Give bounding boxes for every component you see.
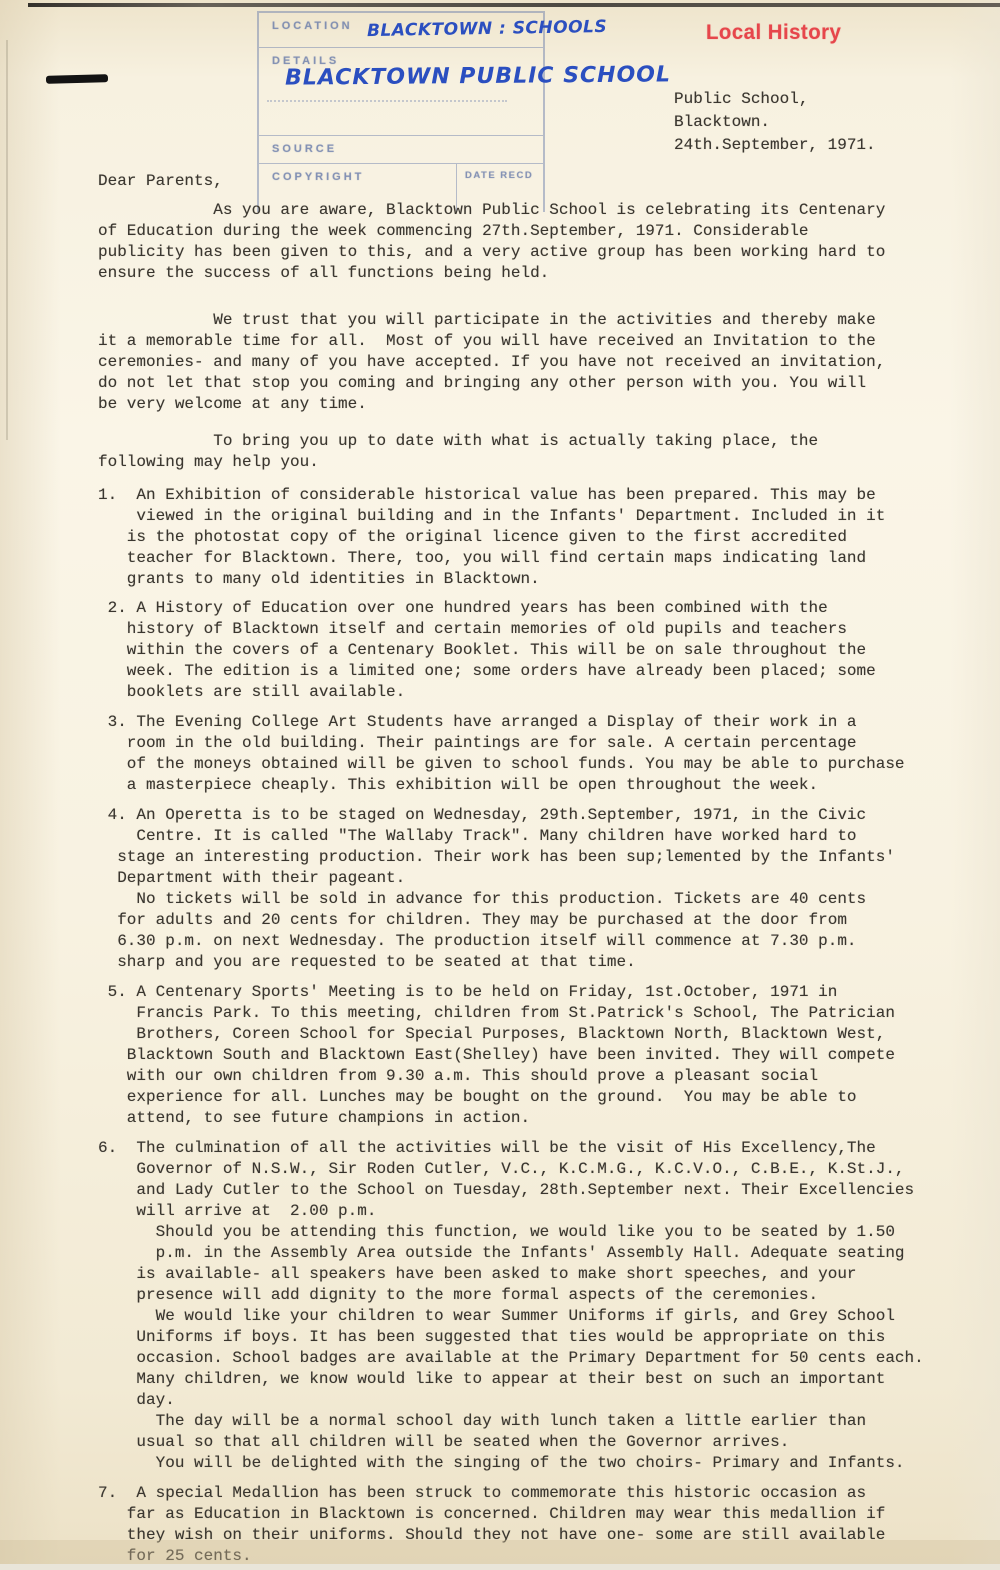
list-item-3: 3. The Evening College Art Students have… (98, 712, 958, 796)
paragraph-intro-2: We trust that you will participate in th… (98, 310, 958, 415)
local-history-stamp: Local History (706, 21, 841, 45)
location-label: LOCATION (259, 13, 353, 32)
stamp-row-location: LOCATION BLACKTOWN : SCHOOLS (259, 13, 543, 48)
paragraph-intro-1: As you are aware, Blacktown Public Schoo… (98, 200, 958, 284)
list-item-1: 1. An Exhibition of considerable histori… (98, 485, 958, 590)
details-handwritten-value: BLACKTOWN PUBLIC SCHOOL (285, 62, 671, 90)
scan-bottom-edge (0, 1564, 1000, 1570)
scanned-letter-page: LOCATION BLACKTOWN : SCHOOLS DETAILS BLA… (0, 0, 1000, 1570)
list-item-2: 2. A History of Education over one hundr… (98, 598, 958, 703)
list-item-6: 6. The culmination of all the activities… (98, 1138, 958, 1474)
ink-dash-mark (46, 74, 108, 84)
list-item-5: 5. A Centenary Sports' Meeting is to be … (98, 982, 958, 1129)
paragraph-intro-3: To bring you up to date with what is act… (98, 431, 958, 473)
scan-left-shadow (6, 40, 8, 440)
location-handwritten-value: BLACKTOWN : SCHOOLS (367, 17, 607, 41)
copyright-label: COPYRIGHT (259, 164, 364, 183)
library-accession-stamp-box: LOCATION BLACKTOWN : SCHOOLS DETAILS BLA… (257, 11, 545, 212)
stamp-row-source: SOURCE (259, 136, 543, 164)
scan-edge-artifact (28, 3, 1000, 7)
date-recd-label: DATE RECD (457, 164, 533, 181)
list-item-4: 4. An Operetta is to be staged on Wednes… (98, 805, 958, 973)
stamp-row-details: DETAILS BLACKTOWN PUBLIC SCHOOL (259, 48, 543, 136)
source-label: SOURCE (259, 136, 337, 155)
scan-bottom-shadow (0, 1540, 1000, 1564)
letter-body: As you are aware, Blacktown Public Schoo… (98, 200, 958, 1570)
letterhead-address: Public School, Blacktown. 24th.September… (674, 88, 876, 157)
stamp-smudge-line (267, 100, 507, 102)
salutation: Dear Parents, (98, 172, 223, 190)
details-label: DETAILS (259, 48, 339, 67)
